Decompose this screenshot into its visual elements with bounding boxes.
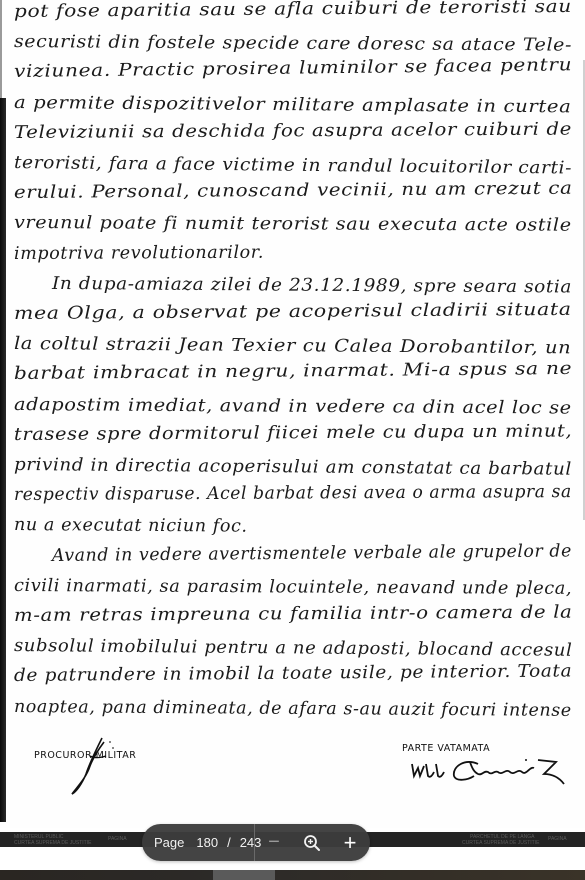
handwritten-line: vreunul poate fi numit terorist sau exec… <box>14 213 572 236</box>
handwritten-line: pot fose aparitia sau se afla cuiburi de… <box>14 0 572 22</box>
injured-party-label: PARTE VATAMATA <box>402 743 490 754</box>
plus-icon: + <box>344 830 357 856</box>
handwritten-line: trasese spre dormitorul fiicei mele cu d… <box>14 421 572 445</box>
handwritten-line: Televiziunii sa deschida foc asupra acel… <box>14 119 572 142</box>
document-page: pot fose aparitia sau se afla cuiburi de… <box>0 0 585 828</box>
page-indicator: Page 180 / 243 <box>142 824 254 861</box>
handwritten-line: viziunea. Practic prosirea luminilor se … <box>14 56 573 83</box>
handwritten-line: Avand in vedere avertismentele verbale a… <box>52 541 572 566</box>
horizontal-scrollbar-thumb[interactable] <box>213 870 275 880</box>
zoom-out-button[interactable]: − <box>255 824 293 861</box>
footer-left-line2: CURTEA SUPREMA DE JUSTITIE <box>14 840 91 846</box>
zoom-fit-button[interactable] <box>293 824 331 861</box>
handwritten-line: adapostim imediat, avand in vedere ca di… <box>14 395 572 419</box>
current-page-input[interactable]: 180 <box>196 835 218 850</box>
handwritten-line: mea Olga, a observat pe acoperisul cladi… <box>14 300 572 324</box>
magnifier-icon <box>303 834 321 852</box>
handwritten-line: a permite dispozitivelor militare amplas… <box>14 93 572 117</box>
footer-left-page: PAGINA <box>108 836 127 842</box>
injured-party-signature <box>408 756 578 792</box>
handwritten-line: erului. Personal, cunoscand vecinii, nu … <box>14 179 573 203</box>
page-navigation-toolbar: Page 180 / 243 − + <box>142 824 370 861</box>
handwritten-line: securisti din fostele specide care dores… <box>14 32 572 56</box>
handwritten-line: subsolul imobilului pentru a ne adaposti… <box>14 636 573 661</box>
footer-right-page: PAGINA <box>548 836 567 842</box>
page-edge-top-left <box>0 0 2 98</box>
handwritten-line: m-am retras impreuna cu familia intr-o c… <box>14 603 573 626</box>
minus-icon: − <box>268 831 280 854</box>
handwritten-line: nu a executat niciun foc. <box>14 515 248 537</box>
handwritten-line: In dupa-amiaza zilei de 23.12.1989, spre… <box>52 274 572 297</box>
handwritten-line: noaptea, pana dimineata, de afara s-au a… <box>14 697 572 721</box>
handwritten-line: civili inarmati, sa parasim locuintele, … <box>14 576 572 599</box>
scan-edge-shadow <box>0 98 6 822</box>
zoom-in-button[interactable]: + <box>331 824 369 861</box>
next-page-preview <box>0 870 585 880</box>
handwritten-line: privind in directia acoperisului am cons… <box>14 455 572 480</box>
prosecutor-signature <box>60 736 120 798</box>
page-separator: / <box>227 835 231 850</box>
footer-right-line2: CURTEA SUPREMA DE JUSTITIE <box>462 840 539 846</box>
handwritten-line: de patrundere in imobil la toate usile, … <box>14 662 572 687</box>
handwritten-line: teroristi, fara a face victime in randul… <box>14 153 572 179</box>
handwritten-line: barbat imbracat in negru, inarmat. Mi-a … <box>14 359 572 384</box>
pdf-viewer: pot fose aparitia sau se afla cuiburi de… <box>0 0 585 880</box>
page-label: Page <box>154 835 184 850</box>
handwritten-line: respectiv disparuse. Acel barbat desi av… <box>14 482 572 505</box>
handwritten-line: la coltul strazii Jean Texier cu Calea D… <box>14 334 572 358</box>
handwritten-line: impotriva revolutionarilor. <box>14 242 264 263</box>
